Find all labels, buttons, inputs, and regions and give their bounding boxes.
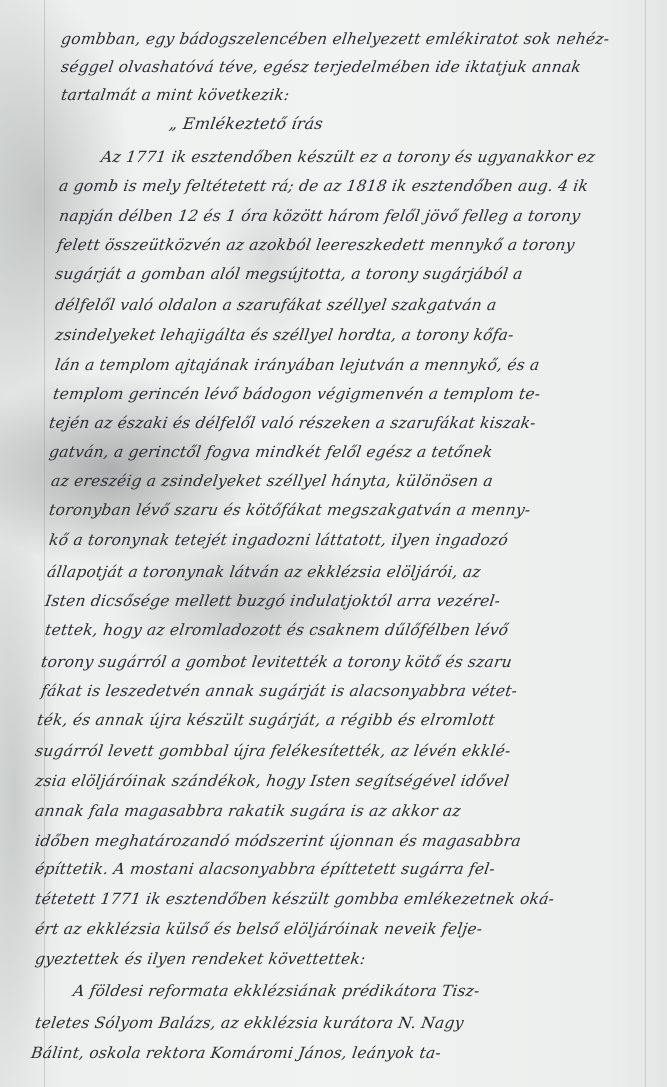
text-line: Bálint, oskola rektora Komáromi János, l… [30,1044,442,1062]
right-margin-line [645,0,646,1087]
text-line: toronyban lévő szaru és kötőfákat megsza… [48,501,532,519]
text-line: zsindelyeket lehajigálta és széllyel hor… [54,326,515,344]
text-line: tartalmát a mint következik: [60,86,291,104]
text-line: ért az ekklézsia külső és belső elöljáró… [34,920,484,938]
text-line: torony sugárról a gombot levitették a to… [40,653,513,671]
section-heading: „ Emlékeztető írás [168,114,324,133]
text-line: tettek, hogy az elromladozott és csaknem… [44,621,510,639]
text-line: állapotját a toronynak látván az ekklézs… [46,563,482,581]
text-line: felett összeütközvén az azokból leereszk… [56,236,576,254]
text-line: az ereszéig a zsindelyeket széllyel hány… [50,472,494,490]
text-line: A földesi reformata ekklézsiának prédiká… [72,982,481,1000]
text-line: sugárját a gomban alól megsújtotta, a to… [54,265,524,283]
text-line: gyeztettek és ilyen rendeket követtettek… [34,950,367,968]
text-line: gatván, a gerinctől fogva mindkét felől … [48,443,494,461]
text-line: séggel olvashatóvá téve, egész terjedelm… [60,58,582,76]
text-line: építtetik. A mostani alacsonyabbra építt… [34,860,496,878]
text-line: templom gerincén lévő bádogon végigmenvé… [52,385,542,403]
text-line: a gomb is mely feltétetett rá; de az 181… [58,177,589,195]
scanned-manuscript-page: gombban, egy bádogszelencében elhelyezet… [0,0,667,1087]
text-line: annak fala magasabbra rakatik sugára is … [34,802,462,820]
text-line: fákat is leszedetvén annak sugárját is a… [40,682,518,700]
text-line: időben meghatározandó módszerint újonnan… [34,832,522,850]
text-line: teletes Sólyom Balázs, az ekklézsia kurá… [34,1014,465,1032]
text-line: gombban, egy bádogszelencében elhelyezet… [60,30,611,48]
text-line: lán a templom ajtajának irányában lejutv… [54,356,541,374]
text-line: napján délben 12 és 1 óra között három f… [58,207,582,225]
text-line: tején az északi és délfelől való részeke… [48,414,537,432]
text-line: délfelől való oldalon a szarufákat széll… [54,296,498,314]
text-line: sugárról levett gombbal újra felékesítet… [34,742,512,760]
text-line: ték, és annak újra készült sugárját, a r… [36,711,496,729]
text-line: zsia elöljáróinak szándékok, hogy Isten … [34,772,510,790]
text-line: Az 1771 ik esztendőben készült ez a toro… [100,148,596,166]
text-line: tétetett 1771 ik esztendőben készült gom… [34,890,555,908]
text-line: kő a toronynak tetejét ingadozni láttato… [48,531,509,549]
text-line: Isten dicsősége mellett buzgó indulatjok… [44,592,501,610]
